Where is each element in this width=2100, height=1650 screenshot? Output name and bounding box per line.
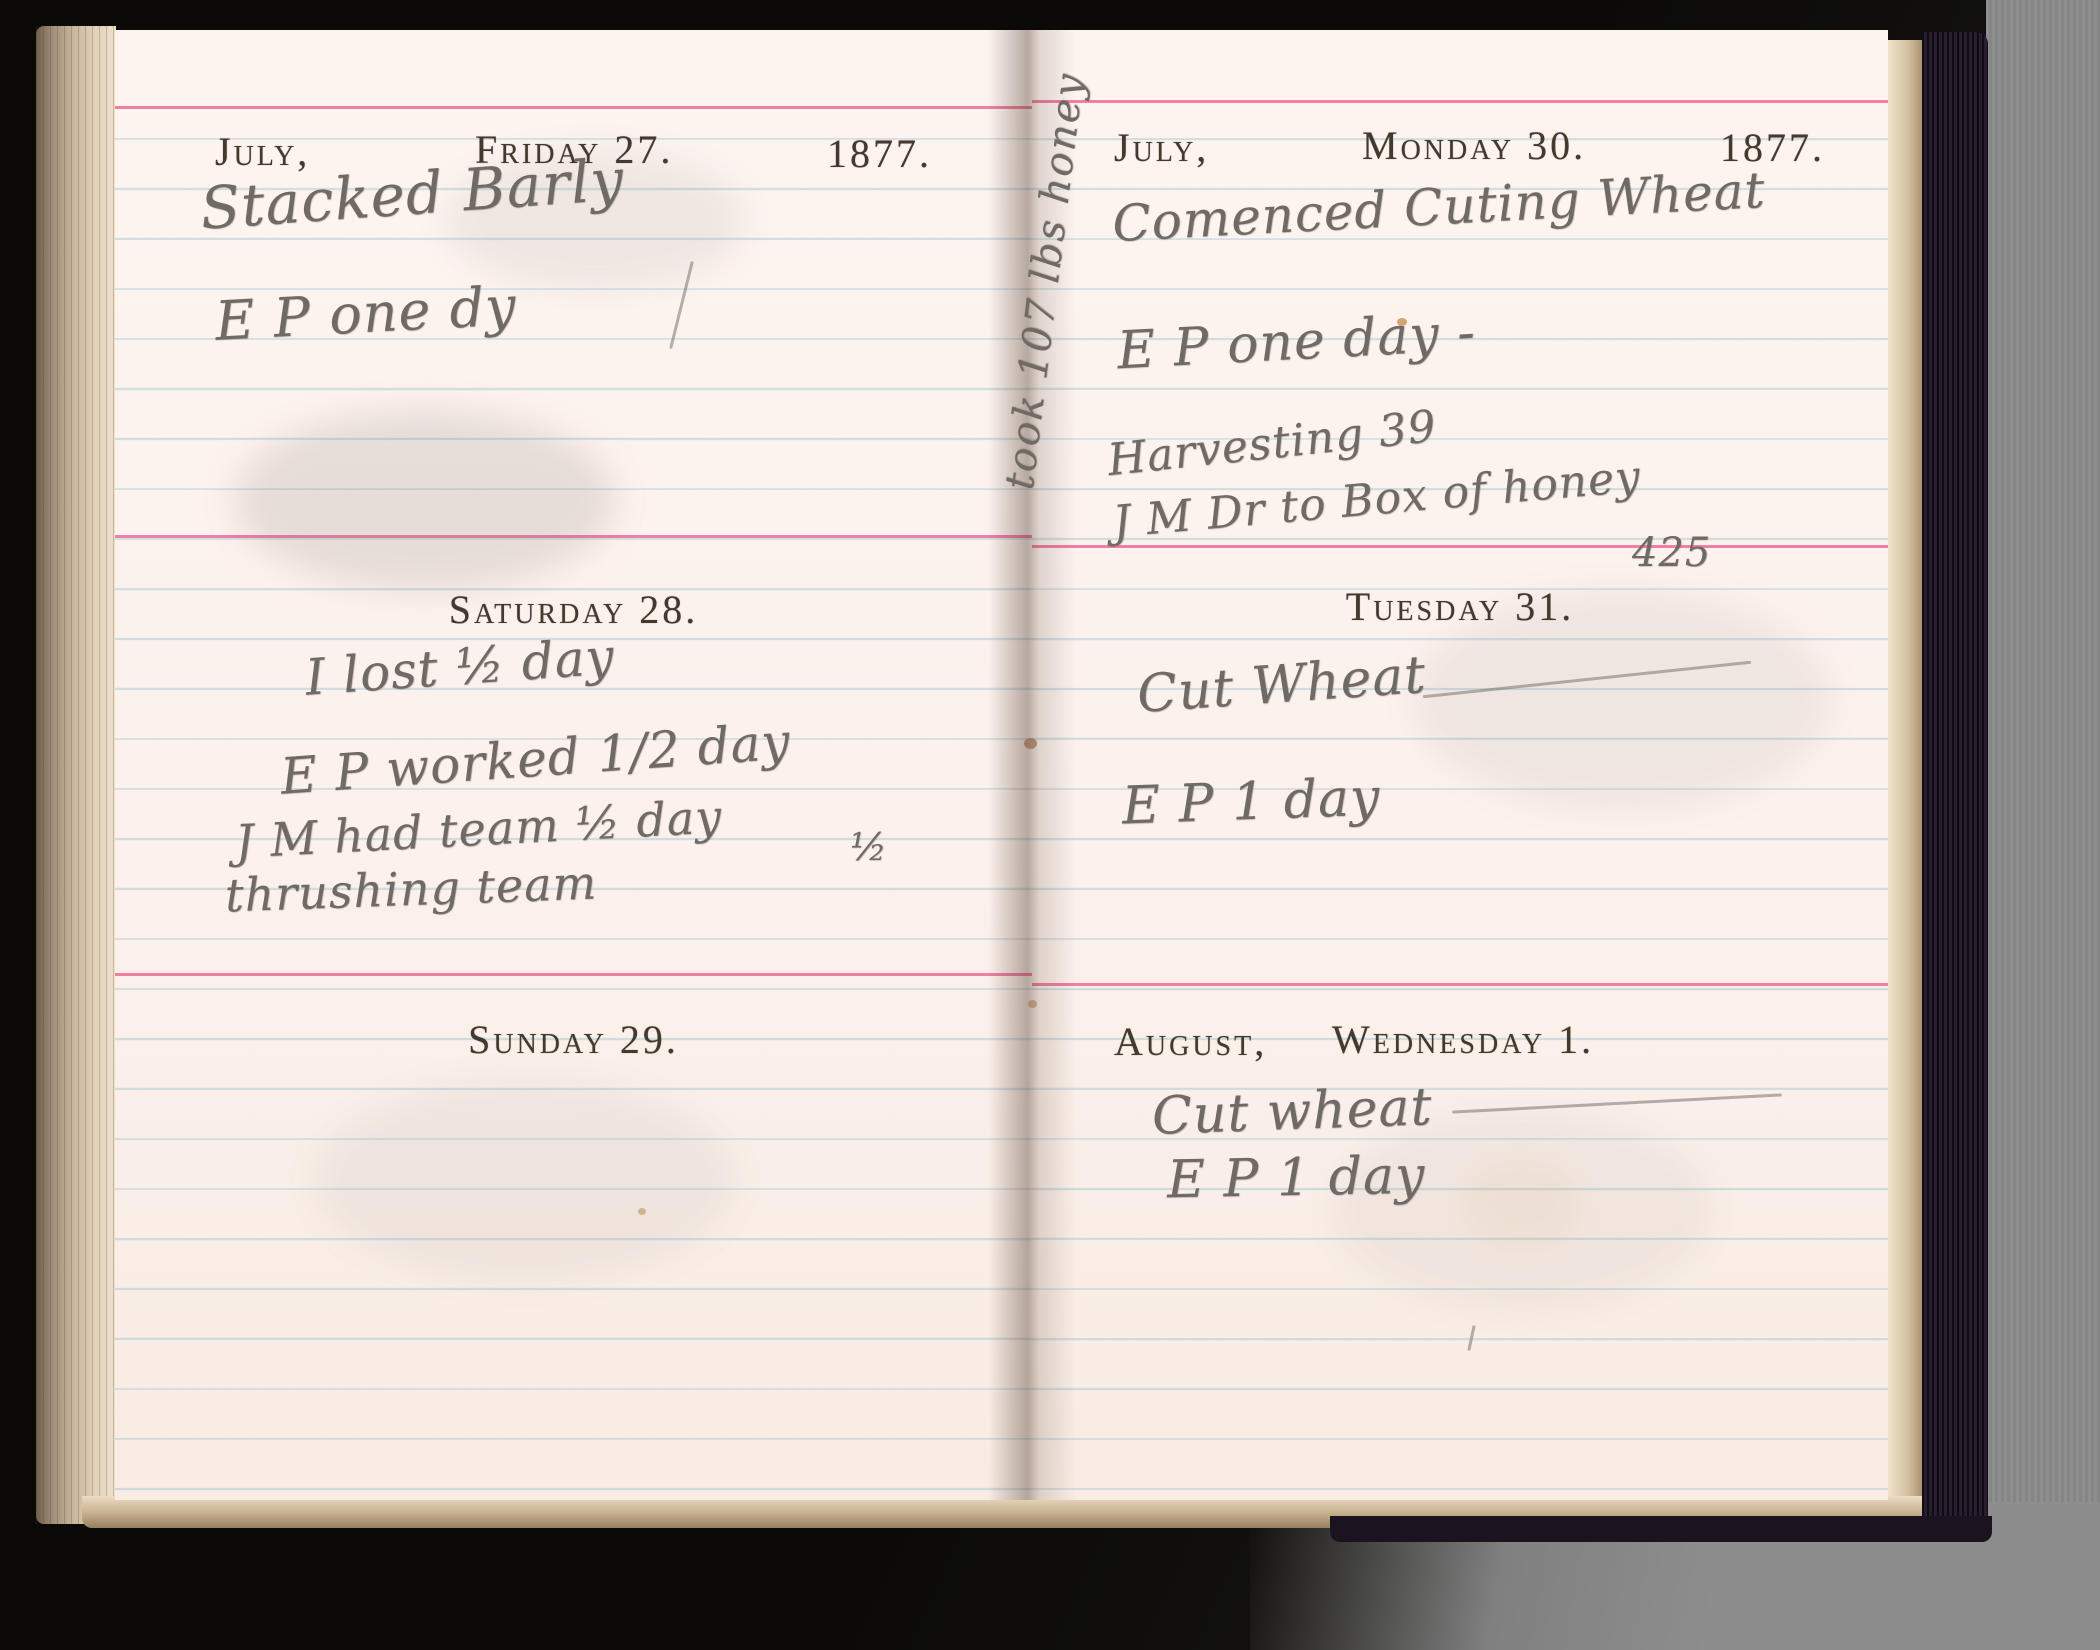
day-heading: Sunday 29. bbox=[115, 1018, 1032, 1062]
pink-rule bbox=[1032, 983, 1888, 986]
paper-stain bbox=[1028, 1000, 1037, 1008]
paper-stain bbox=[638, 1208, 646, 1215]
page-top-margin bbox=[115, 30, 1032, 98]
year-label: 1877. bbox=[827, 132, 932, 176]
page-top-margin bbox=[1032, 30, 1888, 98]
diary-entry: ½ bbox=[850, 825, 888, 869]
day-heading: Wednesday 1. bbox=[1332, 1018, 1594, 1062]
month-label: August, bbox=[1114, 1020, 1267, 1064]
month-label: July, bbox=[1114, 126, 1209, 170]
book-back-cover bbox=[1922, 32, 1988, 1526]
pink-rule bbox=[115, 106, 1032, 109]
diary-entry: E P one dy bbox=[214, 274, 518, 353]
diary-entry: Cut Wheat bbox=[1135, 645, 1428, 725]
bleed-through-smudge bbox=[315, 1080, 735, 1280]
pencil-stroke bbox=[1452, 1093, 1782, 1113]
right-page: July, Monday 30. 1877. Comenced Cuting W… bbox=[1032, 30, 1888, 1500]
diary-entry: thrushing team bbox=[224, 856, 598, 923]
paper-stain bbox=[1462, 1160, 1582, 1250]
pink-rule bbox=[1032, 100, 1888, 103]
day-heading: Monday 30. bbox=[1362, 124, 1586, 168]
diary-entry: E P 1 day bbox=[1166, 1146, 1425, 1210]
left-page: July, Friday 27. 1877. Stacked Barly E P… bbox=[115, 30, 1032, 1500]
diary-entry: E P one day - bbox=[1116, 303, 1478, 382]
left-page-edge-stack bbox=[36, 26, 116, 1524]
pencil-mark bbox=[1467, 1325, 1475, 1351]
right-page-edge-stack bbox=[1888, 40, 1922, 1508]
pink-rule bbox=[1032, 545, 1888, 548]
day-heading: Tuesday 31. bbox=[1032, 585, 1888, 629]
pink-rule bbox=[115, 973, 1032, 976]
diary-entry: I lost ½ day bbox=[303, 627, 616, 706]
bottom-cover-edge bbox=[1330, 1516, 1992, 1542]
diary-entry: Comenced Cuting Wheat bbox=[1111, 161, 1767, 253]
diary-entry: E P 1 day bbox=[1121, 768, 1381, 837]
paper-stain bbox=[1397, 318, 1407, 326]
scanned-diary-photo: July, Friday 27. 1877. Stacked Barly E P… bbox=[0, 0, 2100, 1650]
diary-entry: Cut wheat bbox=[1151, 1077, 1433, 1147]
paper-stain bbox=[1024, 738, 1037, 749]
scanner-background-right bbox=[1986, 0, 2100, 1650]
day-heading: Saturday 28. bbox=[115, 588, 1032, 632]
bleed-through-smudge bbox=[235, 410, 615, 590]
diary-entry: 425 bbox=[1632, 530, 1711, 576]
